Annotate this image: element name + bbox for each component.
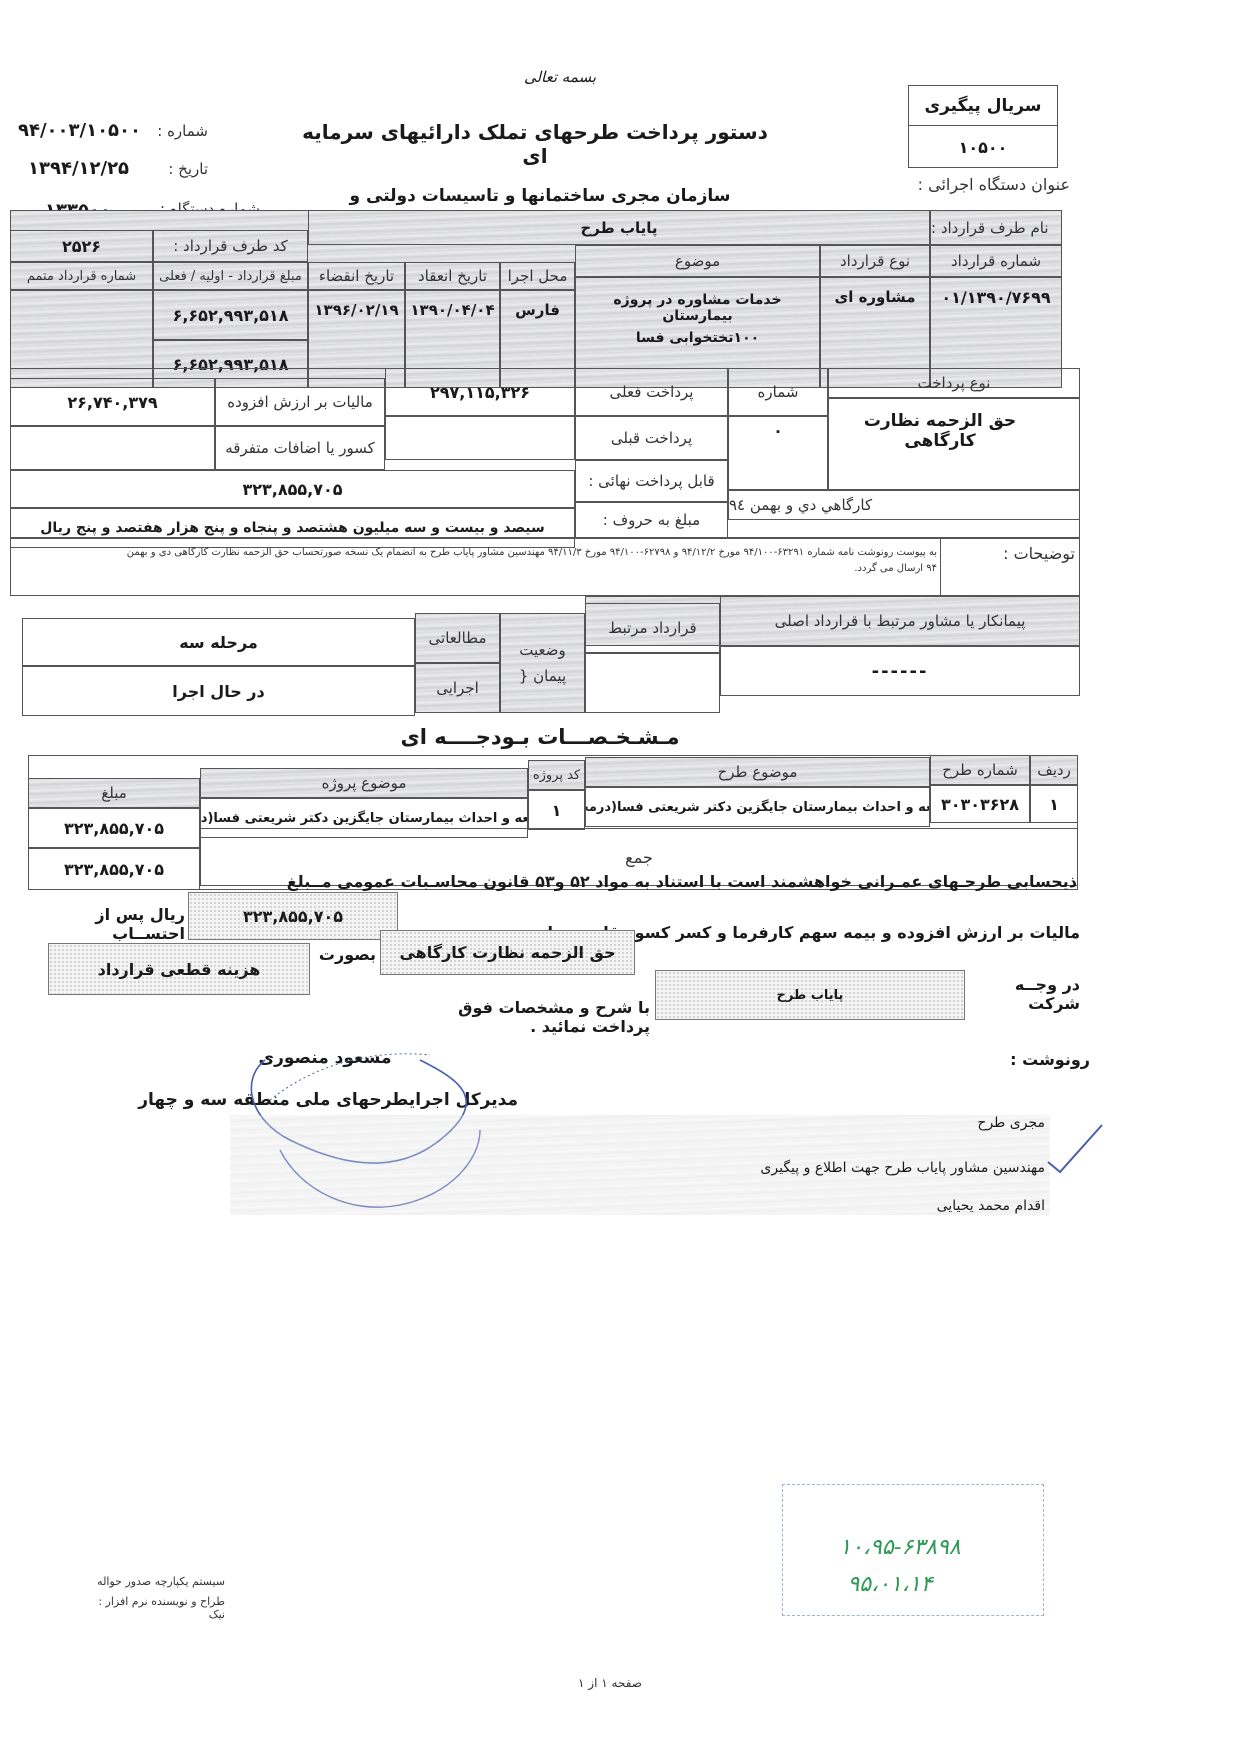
subject-line-1: خدمات مشاوره در پروژه بیمارستان	[576, 292, 819, 324]
col-end-date: تاریخ انقضاء	[308, 262, 405, 290]
doc-date: ۱۳۹۴/۱۲/۲۵	[28, 158, 148, 179]
payment-type-label: نوع پرداخت	[828, 368, 1080, 398]
notes-label: توضیحات :	[945, 544, 1075, 563]
party-name-text: پایاب طرح	[580, 219, 657, 237]
vat-label: مالیات بر ارزش افزوده	[215, 378, 385, 426]
current-payment-label: پرداخت فعلی	[575, 368, 728, 416]
study-stage-text: مرحله سه	[179, 633, 258, 652]
col-label: نوع قرارداد	[840, 252, 910, 270]
plan-number-text: ۳۰۳۰۳۶۲۸	[941, 795, 1019, 814]
budget-col-row: ردیف	[1030, 755, 1078, 785]
cc-label: رونوشت :	[1010, 1050, 1090, 1069]
budget-col-project-code: کد پروژه	[528, 760, 585, 790]
vat-value: ۲۶,۷۴۰,۳۷۹	[10, 378, 215, 426]
cc-item: مهندسین مشاور پایاب طرح جهت اطلاع و پیگی…	[700, 1160, 1045, 1176]
footer-system-line-2: طراح و نویسنده نرم افزار : نیک	[95, 1595, 225, 1621]
location-text: فارس	[515, 301, 560, 319]
amount-text: ۳۲۳,۸۵۵,۷۰۵	[64, 819, 164, 838]
final-payment-label: قابل پرداخت نهائی :	[575, 460, 728, 502]
exec-label: اجرایی	[415, 663, 500, 713]
page-title: دستور پرداخت طرحهای تملک دارائیهای سرمای…	[300, 120, 770, 168]
instruction-line-2-mid: بصورت	[320, 945, 376, 964]
doc-number: ۹۴/۰۰۳/۱۰۵۰۰	[18, 120, 148, 141]
col-subject: موضوع	[575, 245, 820, 277]
study-label-text: مطالعاتی	[429, 629, 487, 647]
current-payment-value: ۲۹۷,۱۱۵,۳۲۶	[385, 368, 575, 416]
budget-row-plan-subject: مطالعه و احداث بیمارستان جایگزین دکتر شر…	[585, 787, 930, 827]
col-amount: مبلغ قرارداد - اولیه / فعلی	[153, 262, 308, 290]
budget-col-plan-number: شماره طرح	[930, 755, 1030, 785]
contractor-label: پیمانکار یا مشاور مرتبط با قرارداد اصلی	[720, 596, 1080, 646]
exec-status-value: در حال اجرا	[22, 666, 415, 716]
amount-words-text: سیصد و بیست و سه میلیون هشتصد و پنجاه و …	[40, 520, 544, 536]
col-label: شماره قرارداد	[951, 252, 1041, 270]
col-label: محل اجرا	[508, 267, 568, 285]
instruction-reason-box: حق الزحمه نظارت کارگاهی	[380, 930, 635, 975]
serial-value: ۱۰۵۰۰	[909, 126, 1057, 168]
final-payment-label-text: قابل پرداخت نهائی :	[588, 472, 714, 490]
payment-number-value: ۰	[728, 416, 828, 490]
col-start-date: تاریخ انعقاد	[405, 262, 500, 290]
budget-total-value: ۳۲۳,۸۵۵,۷۰۵	[28, 848, 200, 890]
amount-words-label-text: مبلغ به حروف :	[603, 511, 700, 529]
misc-label: کسور یا اضافات متفرقه	[215, 426, 385, 470]
stamp-line-2: ۹۵،۰۱،۱۴	[815, 1572, 965, 1597]
misc-value	[10, 426, 215, 470]
row-index-text: ۱	[1049, 795, 1059, 814]
current-payment-label-text: پرداخت فعلی	[610, 383, 694, 401]
col-label: مبلغ قرارداد - اولیه / فعلی	[159, 269, 302, 284]
page-number: صفحه ۱ از ۱	[540, 1676, 680, 1690]
stamp-line-1: ۱۰،۹۵-۶۳۸۹۸	[795, 1535, 1005, 1560]
footer-system-line-1: سیستم یکپارچه صدور حواله	[95, 1575, 225, 1588]
related-contract-label: قرارداد مرتبط	[585, 603, 720, 653]
budget-col-plan-subject: موضوع طرح	[585, 757, 930, 787]
amount-words-label: مبلغ به حروف :	[575, 502, 728, 538]
final-payment-text: ۳۲۳,۸۵۵,۷۰۵	[242, 480, 342, 499]
bismillah: بسمه تعالی	[500, 68, 620, 86]
notes-line-1: به پیوست رونوشت نامه شماره ۶۳۲۹۱-۹۴/۱۰۰ …	[15, 547, 937, 558]
status-label: وضعیت	[519, 641, 565, 659]
budget-row-index: ۱	[1030, 785, 1078, 823]
exec-status-text: در حال اجرا	[172, 682, 264, 701]
amount-initial-text: ۶,۶۵۲,۹۹۳,۵۱۸	[173, 306, 289, 325]
instruction-line-2: مالیات بر ارزش افزوده و بیمه سهم کارفرما…	[640, 923, 1080, 942]
contract-amount-initial: ۶,۶۵۲,۹۹۳,۵۱۸	[153, 290, 308, 340]
date-label: تاریخ :	[148, 160, 208, 178]
study-label: مطالعاتی	[415, 613, 500, 663]
previous-payment-value	[385, 416, 575, 460]
payment-number-label: شماره	[728, 368, 828, 416]
total-value-text: ۳۲۳,۸۵۵,۷۰۵	[64, 860, 164, 879]
col-label: موضوع	[675, 252, 720, 270]
cc-item: مجری طرح	[800, 1115, 1045, 1131]
contract-number-text: ۰۱/۱۳۹۰/۷۶۹۹	[941, 288, 1050, 307]
payment-number-label-text: شماره	[758, 383, 799, 401]
budget-row-plan-number: ۳۰۳۰۳۶۲۸	[930, 785, 1030, 823]
party-name-label-text: نام طرف قرارداد :	[931, 219, 1049, 237]
contractor-value: ------	[720, 646, 1080, 696]
serial-box: سریال پیگیری ۱۰۵۰۰	[908, 85, 1058, 168]
status-cell: وضعیت پیمان {	[500, 613, 585, 713]
col-label: شماره طرح	[942, 761, 1018, 779]
col-label: موضوع پروژه	[322, 774, 407, 792]
subject-line-2: ۱۰۰تختخوابی فسا	[636, 330, 759, 346]
party-name-value: پایاب طرح	[308, 210, 930, 245]
contractor-value-text: ------	[872, 661, 929, 682]
related-contract-label-text: قرارداد مرتبط	[608, 619, 696, 637]
col-label: مبلغ	[101, 784, 127, 802]
party-name-label: نام طرف قرارداد :	[930, 210, 1062, 245]
budget-title: مـشـخـصـــات بـودجــــه ای	[330, 725, 750, 749]
col-label: تاریخ انقضاء	[319, 267, 394, 285]
col-label: شماره قرارداد متمم	[27, 269, 136, 284]
col-supplement: شماره قرارداد متمم	[10, 262, 153, 290]
project-subject-text: مطالعه و احداث بیمارستان جایگزین دکتر شر…	[200, 811, 528, 826]
instruction-line-3-end: با شرح و مشخصات فوق پرداخت نمائید .	[395, 998, 650, 1036]
party-code-value: ۲۵۲۶	[10, 230, 153, 262]
related-contract-value	[585, 653, 720, 713]
cc-item: اقدام محمد یحیایی	[800, 1198, 1045, 1214]
serial-label: سریال پیگیری	[909, 86, 1057, 126]
instruction-amount-box: ۳۲۳,۸۵۵,۷۰۵	[188, 892, 398, 940]
contractor-label-text: پیمانکار یا مشاور مرتبط با قرارداد اصلی	[775, 612, 1026, 630]
payment-type-value: حق الزحمه نظارت کارگاهی	[828, 398, 1080, 490]
party-code-label-text: کد طرف قرارداد :	[173, 237, 288, 255]
number-label: شماره :	[148, 122, 208, 140]
exec-org-label: عنوان دستگاه اجرائی :	[900, 175, 1070, 194]
end-date-text: ۱۳۹۶/۰۲/۱۹	[314, 301, 398, 319]
col-contract-number: شماره قرارداد	[930, 245, 1062, 277]
payment-type-note-text: کارگاهي دي و بهمن ۹٤	[729, 496, 872, 514]
final-payment-value: ۳۲۳,۸۵۵,۷۰۵	[10, 470, 575, 508]
budget-col-amount: مبلغ	[28, 778, 200, 808]
misc-label-text: کسور یا اضافات متفرقه	[225, 439, 375, 457]
current-payment-text: ۲۹۷,۱۱۵,۳۲۶	[430, 383, 530, 402]
col-location: محل اجرا	[500, 262, 575, 290]
party-code-text: ۲۵۲۶	[62, 237, 101, 256]
study-stage-value: مرحله سه	[22, 618, 415, 666]
vat-label-text: مالیات بر ارزش افزوده	[227, 393, 373, 411]
project-code-text: ۱	[552, 801, 562, 820]
col-label: ردیف	[1037, 761, 1071, 779]
payment-type-label-text: نوع پرداخت	[918, 374, 991, 392]
payment-type-note: کارگاهي دي و بهمن ۹٤	[728, 490, 1080, 520]
instruction-mode-box: هزینه قطعی قرارداد	[48, 943, 310, 995]
total-label-text: جمع	[625, 848, 653, 867]
instruction-line-1-end: ریال پس از احتســاب	[40, 905, 185, 943]
instruction-company-box: پایاب طرح	[655, 970, 965, 1020]
previous-payment-label: پرداخت قبلی	[575, 416, 728, 460]
budget-col-project-subject: موضوع پروژه	[200, 768, 528, 798]
instruction-line-3: در وجــه شرکت	[970, 975, 1080, 1013]
status-sub-label: پیمان {	[519, 667, 566, 685]
col-label: تاریخ انعقاد	[418, 267, 487, 285]
col-label: کد پروژه	[533, 768, 580, 783]
col-contract-type: نوع قرارداد	[820, 245, 930, 277]
start-date-text: ۱۳۹۰/۰۴/۰۴	[410, 301, 494, 319]
col-label: موضوع طرح	[718, 763, 798, 781]
party-code-label: کد طرف قرارداد :	[153, 230, 308, 262]
plan-subject-text: مطالعه و احداث بیمارستان جایگزین دکتر شر…	[585, 800, 930, 815]
payment-type-text: حق الزحمه نظارت کارگاهی	[829, 411, 1051, 451]
budget-row-project-code: ۱	[528, 790, 585, 830]
payment-number-text: ۰	[773, 421, 783, 440]
checkmark-icon	[1040, 1120, 1110, 1180]
vat-text: ۲۶,۷۴۰,۳۷۹	[67, 393, 157, 412]
budget-row-amount: ۳۲۳,۸۵۵,۷۰۵	[28, 808, 200, 848]
previous-payment-label-text: پرداخت قبلی	[611, 429, 692, 447]
contract-type-text: مشاوره ای	[834, 288, 915, 306]
instruction-line-1: ذیحسابی طرحـهای عمـرانی خواهشمند است با …	[405, 872, 1077, 891]
exec-label-text: اجرایی	[436, 679, 479, 697]
notes-line-2: ۹۴ ارسال می گردد.	[15, 563, 937, 574]
